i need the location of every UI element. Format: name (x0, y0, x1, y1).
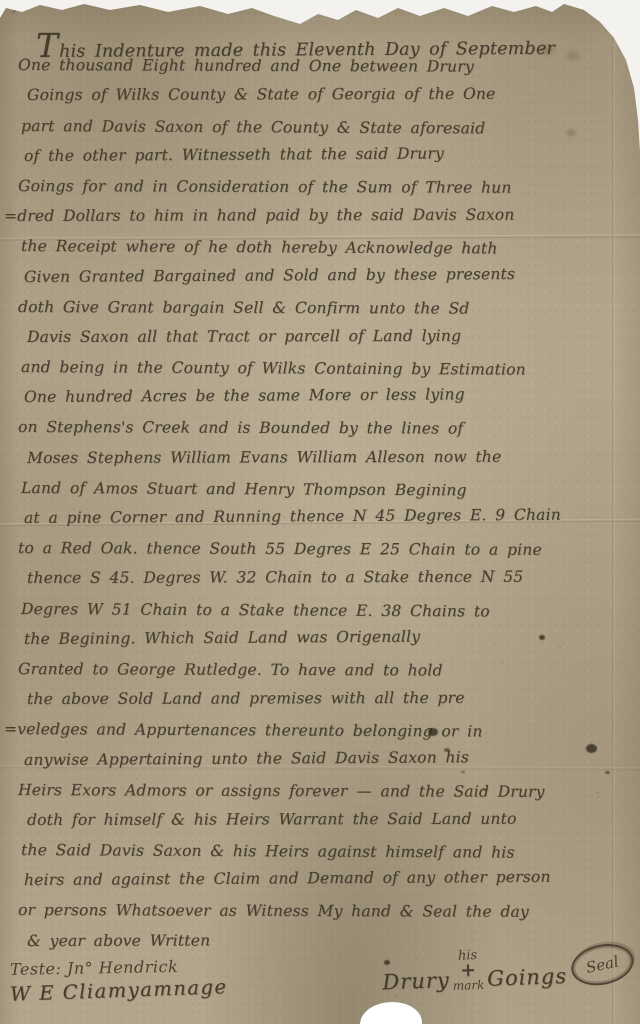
scanned-document-page: { "colors":{ "paper":"#b2a58b", "paper-d… (0, 0, 640, 1024)
manuscript-paper: This Indenture made this Eleventh Day of… (0, 0, 640, 1024)
manuscript-line: the Begining. Which Said Land was Origen… (24, 626, 636, 660)
manuscript-line: the above Sold Land and premises with al… (27, 689, 636, 721)
mark-cross: + (460, 962, 477, 980)
mark-label: mark (453, 979, 485, 992)
deed-body-text: This Indenture made this Eleventh Day of… (14, 26, 636, 962)
manuscript-line: Moses Stephens William Evans William All… (27, 447, 636, 479)
manuscript-line: Goings of Wilks County & State of Georgi… (27, 85, 636, 117)
ink-stain (586, 744, 597, 753)
ink-stain (428, 728, 438, 736)
manuscript-line: Goings for and in Consideration of the S… (18, 177, 636, 209)
signer-first-name: Drury (382, 968, 450, 994)
ink-stain (539, 635, 545, 640)
manuscript-line: thence S 45. Degres W. 32 Chain to a Sta… (27, 568, 636, 600)
stray-ink-mark (11, 3, 36, 21)
manuscript-line: at a pine Corner and Running thence N 45… (24, 505, 636, 539)
manuscript-line: =dred Dollars to him in hand paid by the… (4, 205, 636, 237)
manuscript-line: on Stephens's Creek and is Bounded by th… (18, 418, 636, 450)
signer-block: Drury his + mark Goings Seal (381, 944, 634, 995)
his-mark-stack: his + mark (452, 949, 485, 992)
paper-tear (360, 1002, 422, 1024)
manuscript-line: Given Granted Bargained and Sold and by … (24, 264, 636, 298)
witness-signature: W E Cliamyamnage (10, 975, 228, 1006)
manuscript-line: Davis Saxon all that Tract or parcell of… (27, 326, 636, 358)
witness-block: Teste: Jn° Hendrick W E Cliamyamnage (10, 958, 228, 1002)
manuscript-line: Granted to George Rutledge. To have and … (18, 660, 636, 692)
signer-last-name: Goings (487, 964, 568, 991)
manuscript-line: anywise Appertaining unto the Said Davis… (24, 747, 636, 781)
manuscript-line: of the other part. Witnesseth that the s… (24, 143, 636, 177)
manuscript-line: doth for himself & his Heirs Warrant the… (27, 809, 636, 841)
manuscript-line: One hundred Acres be the same More or le… (24, 385, 636, 419)
smudge-stain (540, 46, 554, 54)
ink-stain (384, 960, 390, 965)
manuscript-line: doth Give Grant bargain Sell & Confirm u… (18, 298, 636, 330)
manuscript-line: or persons Whatsoever as Witness My hand… (18, 901, 636, 933)
manuscript-line: Heirs Exors Admors or assigns forever — … (18, 781, 636, 813)
manuscript-line: heirs and against the Claim and Demand o… (24, 868, 636, 902)
seal-flourish: Seal (567, 939, 637, 991)
smudge-stain (566, 130, 576, 136)
